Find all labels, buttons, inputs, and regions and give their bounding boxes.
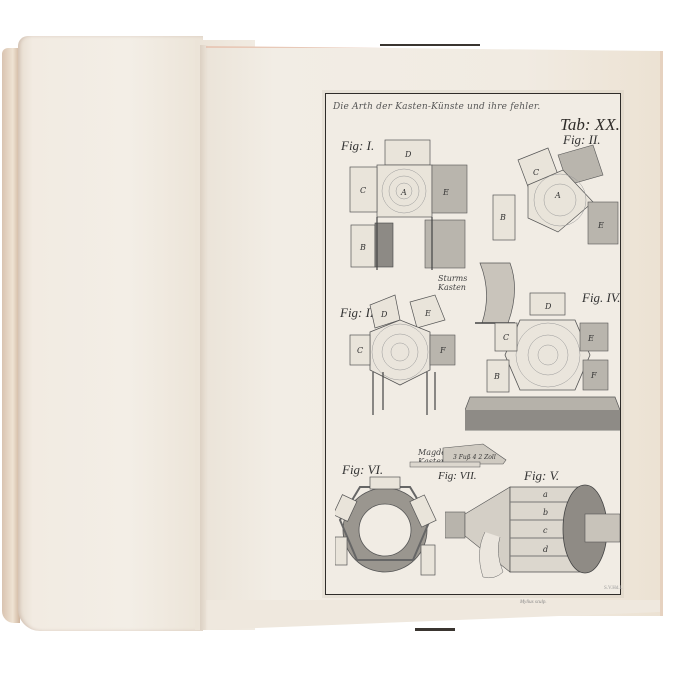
fig-5-drawing: a b c d (445, 482, 620, 582)
fig-2-drawing: C A B E (488, 140, 628, 255)
svg-text:B: B (359, 243, 366, 252)
svg-text:C: C (503, 333, 509, 342)
cover-edge-top (380, 44, 480, 46)
cover-edge-bottom (415, 628, 455, 631)
svg-text:D: D (380, 310, 388, 319)
engraver-signature: Mylius sculp. (520, 600, 547, 605)
plate-caption: Die Arth der Kasten-Künste und ihre fehl… (333, 102, 540, 112)
svg-text:C: C (360, 186, 366, 195)
svg-text:A: A (400, 188, 407, 197)
svg-text:A: A (554, 191, 561, 200)
svg-text:E: E (442, 188, 449, 197)
fig-7-drawing: 3 Fuß 4 2 Zoll (408, 442, 508, 470)
svg-text:B: B (493, 372, 500, 381)
svg-text:c: c (543, 526, 548, 535)
svg-text:E: E (597, 221, 604, 230)
fig-7-measure: 3 Fuß 4 2 Zoll (453, 454, 496, 461)
svg-text:d: d (543, 545, 548, 554)
svg-text:F: F (590, 371, 597, 380)
svg-text:E: E (424, 309, 431, 318)
plate-number: S.V.Hd.I. (604, 586, 623, 591)
fig-3-drawing: D E C F (345, 290, 465, 420)
left-page-blank (18, 36, 203, 631)
fig-1-drawing: D A C E B (345, 135, 475, 280)
svg-text:C: C (357, 346, 363, 355)
svg-text:C: C (533, 168, 539, 177)
spine-shadow (200, 45, 208, 630)
fig-6-drawing (335, 475, 445, 595)
svg-text:a: a (543, 490, 548, 499)
svg-text:E: E (587, 334, 594, 343)
svg-text:F: F (439, 346, 446, 355)
svg-text:D: D (404, 150, 412, 159)
svg-text:B: B (499, 213, 506, 222)
svg-text:b: b (543, 508, 548, 517)
svg-text:D: D (544, 302, 552, 311)
fig-4-drawing: D C E B F (465, 285, 620, 435)
